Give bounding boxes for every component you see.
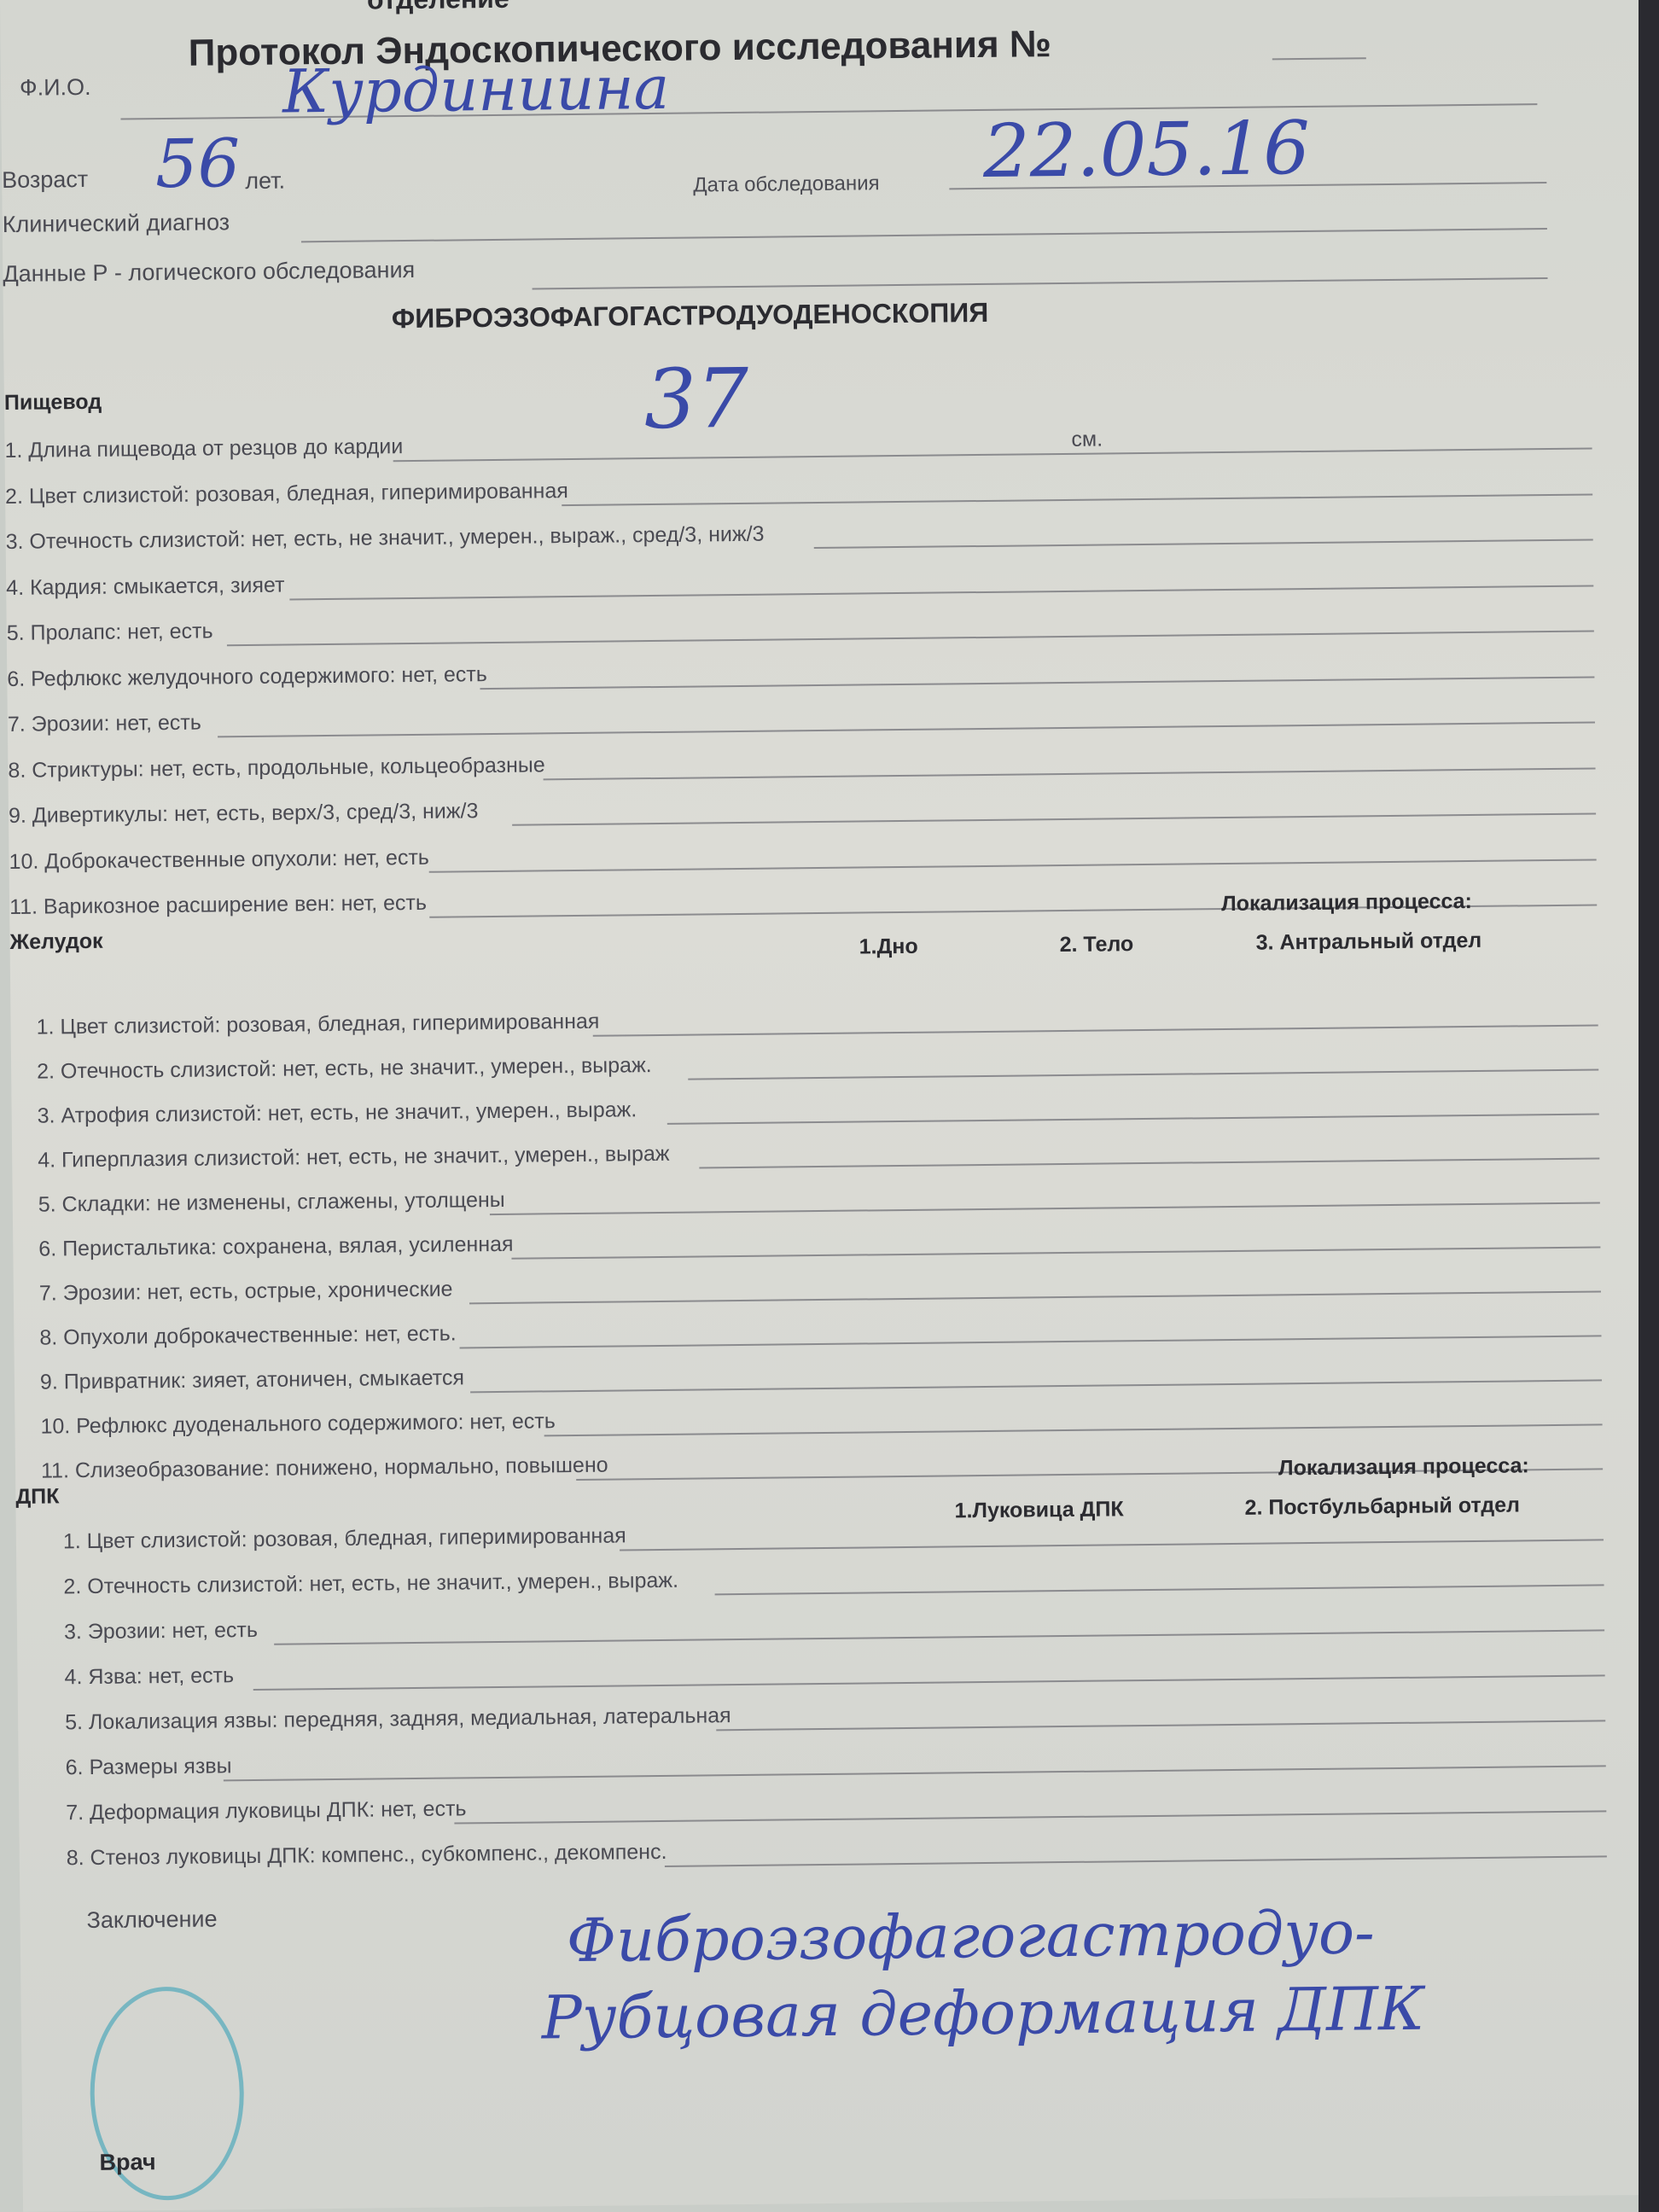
fio-value[interactable]: Курдиниина: [282, 53, 670, 127]
duodenum-item[interactable]: 2. Отечность слизистой: нет, есть, не зн…: [63, 1569, 678, 1600]
esophagus-item-fill-line: [480, 676, 1594, 690]
duodenum-item[interactable]: 1. Цвет слизистой: розовая, бледная, гип…: [63, 1523, 626, 1554]
duodenum-item-fill-line: [253, 1674, 1605, 1691]
stomach-item-fill-line: [470, 1379, 1602, 1393]
conclusion-line-1[interactable]: Фиброэзофагогастродуо-: [566, 1897, 1375, 1976]
fio-label: Ф.И.О.: [20, 74, 91, 102]
esophagus-item[interactable]: 9. Дивертикулы: нет, есть, верх/3, сред/…: [9, 799, 479, 829]
duodenum-location-1: 1.Луковица ДПК: [954, 1497, 1123, 1523]
esophagus-length-unit: см.: [1071, 427, 1103, 451]
stomach-item[interactable]: 3. Атрофия слизистой: нет, есть, не знач…: [38, 1097, 637, 1128]
stomach-item-fill-line: [544, 1423, 1603, 1436]
stomach-item-fill-line: [593, 1024, 1598, 1036]
esophagus-length-value[interactable]: 37: [643, 351, 748, 447]
date-value[interactable]: 22.05.16: [982, 106, 1310, 195]
esophagus-item-fill-line: [429, 859, 1597, 872]
esophagus-item[interactable]: 8. Стриктуры: нет, есть, продольные, кол…: [8, 753, 545, 783]
stomach-localization-label: Локализация процесса:: [1221, 889, 1472, 917]
stomach-item-fill-line: [699, 1157, 1599, 1168]
esophagus-item[interactable]: 4. Кардия: смыкается, зияет: [6, 573, 285, 600]
esophagus-item[interactable]: 1. Длина пищевода от резцов до кардии: [4, 434, 403, 463]
procedure-title: ФИБРОЭЗОФАГОГАСТРОДУОДЕНОСКОПИЯ: [392, 297, 989, 335]
esophagus-item-fill-line: [227, 630, 1594, 646]
duodenum-item-fill-line: [716, 1720, 1605, 1731]
conclusion-label: Заключение: [86, 1906, 217, 1934]
stomach-location-1: 1.Дно: [859, 934, 918, 960]
esophagus-item-fill-line: [218, 721, 1595, 737]
page-edge: [1639, 0, 1659, 2212]
department-fragment: отделение: [367, 0, 509, 15]
duodenum-item-fill-line: [274, 1629, 1604, 1644]
stomach-item-fill-line: [490, 1202, 1600, 1215]
age-unit: лет.: [245, 168, 285, 195]
clinical-diagnosis-label: Клинический диагноз: [3, 209, 230, 238]
stomach-item[interactable]: 9. Привратник: зияет, атоничен, смыкаетс…: [40, 1365, 464, 1394]
esophagus-item[interactable]: 7. Эрозии: нет, есть: [8, 711, 201, 737]
esophagus-item-fill-line: [393, 447, 1592, 462]
esophagus-item-fill-line: [289, 585, 1593, 600]
stomach-item[interactable]: 10. Рефлюкс дуоденального содержимого: н…: [40, 1409, 556, 1439]
esophagus-item[interactable]: 3. Отечность слизистой: нет, есть, не зн…: [6, 522, 765, 555]
esophagus-item[interactable]: 2. Цвет слизистой: розовая, бледная, гип…: [5, 479, 568, 509]
stomach-item[interactable]: 2. Отечность слизистой: нет, есть, не зн…: [37, 1053, 652, 1085]
duodenum-item[interactable]: 7. Деформация луковицы ДПК: нет, есть: [66, 1796, 467, 1825]
conclusion-line-2[interactable]: Рубцовая деформация ДПК: [541, 1974, 1424, 2053]
duodenum-item-fill-line: [620, 1539, 1604, 1551]
duodenum-localization-label: Локализация процесса:: [1278, 1453, 1529, 1481]
stomach-item[interactable]: 5. Складки: не изменены, сглажены, утолщ…: [38, 1188, 505, 1218]
esophagus-item-fill-line: [562, 493, 1592, 506]
duodenum-item-fill-line: [223, 1765, 1605, 1781]
stomach-item-fill-line: [469, 1290, 1601, 1304]
duodenum-item[interactable]: 5. Локализация язвы: передняя, задняя, м…: [65, 1703, 731, 1735]
exam-protocol-page: отделение Протокол Эндоскопического иссл…: [0, 0, 1659, 2212]
duodenum-item-fill-line: [454, 1810, 1606, 1824]
stomach-item-fill-line: [688, 1068, 1598, 1080]
date-label: Дата обследования: [693, 172, 880, 197]
age-label: Возраст: [2, 166, 88, 194]
esophagus-item-fill-line: [814, 538, 1593, 549]
duodenum-item[interactable]: 4. Язва: нет, есть: [64, 1663, 234, 1690]
stomach-item-fill-line: [511, 1246, 1600, 1259]
duodenum-item-fill-line: [714, 1584, 1604, 1595]
duodenum-location-2: 2. Постбульбарный отдел: [1244, 1493, 1520, 1520]
esophagus-item[interactable]: 6. Рефлюкс желудочного содержимого: нет,…: [7, 662, 487, 692]
stomach-item[interactable]: 4. Гиперплазия слизистой: нет, есть, не …: [38, 1142, 670, 1173]
esophagus-item-fill-line: [544, 767, 1596, 780]
stomach-item-fill-line: [667, 1113, 1599, 1124]
duodenum-item-fill-line: [665, 1855, 1607, 1867]
esophagus-item[interactable]: 10. Доброкачественные опухоли: нет, есть: [9, 845, 429, 874]
duodenum-item[interactable]: 6. Размеры язвы: [66, 1754, 232, 1780]
duodenum-item[interactable]: 3. Эрозии: нет, есть: [64, 1618, 258, 1644]
age-value[interactable]: 56: [155, 125, 241, 203]
stomach-item[interactable]: 1. Цвет слизистой: розовая, бледная, гип…: [36, 1010, 599, 1040]
stomach-item[interactable]: 11. Слизеобразование: понижено, нормальн…: [41, 1453, 608, 1484]
doctor-label: Врач: [99, 2149, 155, 2176]
stomach-location-2: 2. Тело: [1060, 932, 1134, 958]
stomach-item-fill-line: [460, 1335, 1602, 1348]
duodenum-section-title: ДПК: [15, 1484, 59, 1510]
esophagus-item-fill-line: [513, 812, 1597, 825]
esophagus-section-title: Пищевод: [4, 390, 102, 416]
xray-label: Данные Р - логического обследования: [3, 257, 415, 288]
stomach-item[interactable]: 8. Опухоли доброкачественные: нет, есть.: [39, 1321, 457, 1350]
duodenum-item[interactable]: 8. Стеноз луковицы ДПК: компенс., субком…: [67, 1840, 667, 1871]
esophagus-item[interactable]: 11. Варикозное расширение вен: нет, есть: [9, 891, 427, 920]
stomach-section-title: Желудок: [9, 929, 102, 955]
stomach-location-3: 3. Антральный отдел: [1256, 928, 1482, 956]
stomach-item[interactable]: 6. Перистальтика: сохранена, вялая, усил…: [38, 1232, 513, 1262]
esophagus-item[interactable]: 5. Пролапс: нет, есть: [7, 619, 213, 646]
stomach-item[interactable]: 7. Эрозии: нет, есть, острые, хронически…: [39, 1278, 453, 1307]
